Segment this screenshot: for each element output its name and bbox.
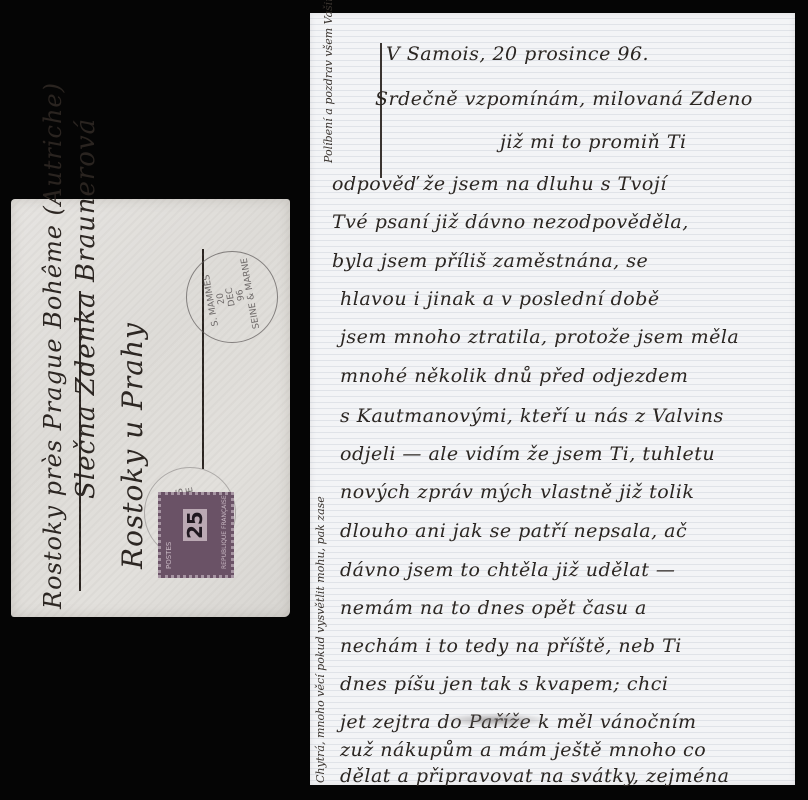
letter-line: již mi to promiň Ti <box>500 131 687 153</box>
envelope: Rostoky près Prague Bohême (Autriche) Sl… <box>11 199 290 617</box>
ink-smudge <box>440 713 550 727</box>
letter-line: s Kautmanovými, kteří u nás z Valvins <box>340 405 724 427</box>
letter-line: mnohé několik dnů před odjezdem <box>340 365 688 387</box>
letter-line: nemám na to dnes opět času a <box>340 597 647 619</box>
letter-line: dělat a připravovat na svátky, zejména <box>340 765 729 787</box>
letter-line: Tvé psaní již dávno nezodpověděla, <box>332 211 689 233</box>
postmark-top-text: S. MAMMÈS 20 DEC 96 SEINE & MARNE <box>201 257 262 336</box>
postmark-top: S. MAMMÈS 20 DEC 96 SEINE & MARNE <box>186 251 278 343</box>
stamp-country: REPUBLIQUE FRANÇAISE <box>221 495 228 569</box>
letter-line: nových zpráv mých vlastně již tolik <box>340 481 694 503</box>
envelope-address-line-2: Slečna Zdenka Braunerová <box>71 118 101 499</box>
margin-rule <box>380 43 382 178</box>
letter-line: zuž nákupům a mám ještě mnoho co <box>340 739 706 761</box>
stamp-value: 25 <box>183 509 207 541</box>
letter-line: odpověď že jsem na dluhu s Tvojí <box>332 173 667 195</box>
letter-line: jsem mnoho ztratila, protože jsem měla <box>340 326 739 348</box>
letter-line: byla jsem příliš zaměstnána, se <box>332 250 648 272</box>
envelope-address-line-3: Rostoky u Prahy <box>116 322 149 569</box>
letter-line: dávno jsem to chtěla již udělat — <box>340 559 675 581</box>
letter-heading: V Samois, 20 prosince 96. <box>386 43 649 65</box>
address-underline-1 <box>79 291 81 591</box>
letter-page: Políbení a pozdrav všem Vašim! Chytrá, m… <box>310 13 795 785</box>
stamp-label: POSTES <box>165 542 173 569</box>
envelope-address-line-1: Rostoky près Prague Bohême (Autriche) <box>39 82 67 609</box>
letter-line: hlavou i jinak a v poslední době <box>340 288 660 310</box>
address-underline-3 <box>202 249 204 469</box>
letter-line: dlouho ani jak se patří nepsala, ač <box>340 520 687 542</box>
letter-line: dnes píšu jen tak s kvapem; chci <box>340 673 668 695</box>
letter-side-note-left: Chytrá, mnoho věcí pokud vysvětlit mohu,… <box>314 496 327 783</box>
letter-side-note-top: Políbení a pozdrav všem Vašim! <box>322 0 335 163</box>
postage-stamp: POSTES 25 REPUBLIQUE FRANÇAISE <box>158 492 234 578</box>
letter-line: nechám i to tedy na příště, neb Ti <box>340 635 682 657</box>
letter-line: Srdečně vzpomínám, milovaná Zdeno <box>375 88 753 110</box>
letter-line: odjeli — ale vidím že jsem Ti, tuhletu <box>340 443 715 465</box>
